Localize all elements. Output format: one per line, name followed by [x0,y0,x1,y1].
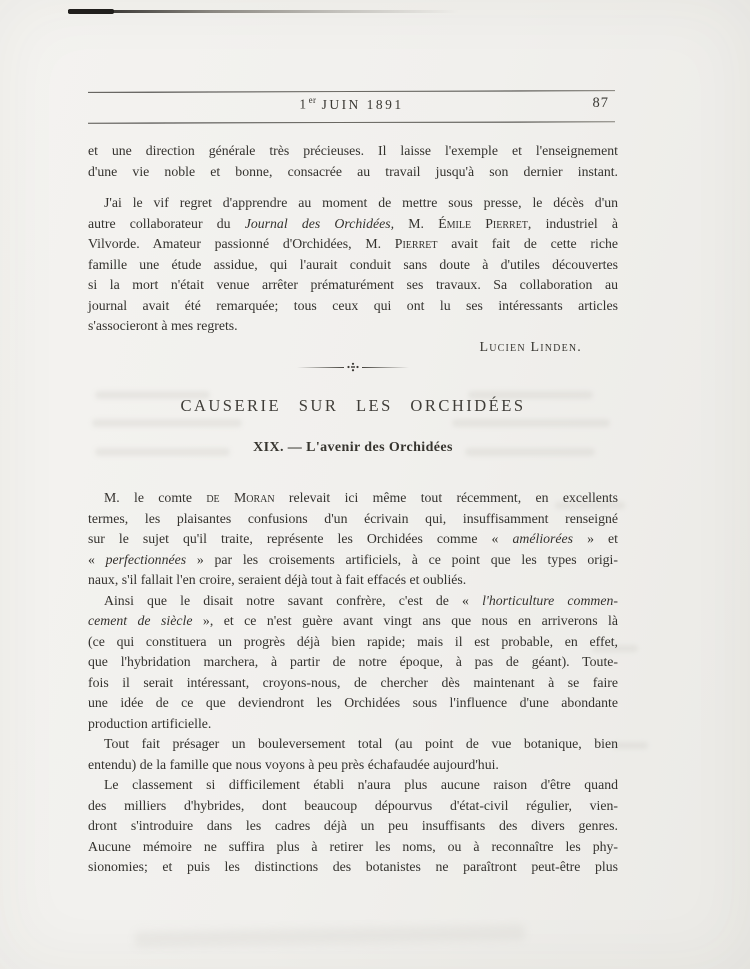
text-line: Aucune mémoire ne suffira plus à retirer… [88,837,618,858]
divider-line-left [297,367,344,368]
paragraph: et une direction générale très précieuse… [88,141,618,182]
text-run: perfectionnées [106,552,186,567]
closing-paragraphs: et une direction générale très précieuse… [88,141,618,337]
text-run: M. le comte [104,490,206,505]
text-line: Le classement si difficilement établi n'… [88,775,618,796]
text-run: Tout fait présager un bouleversement tot… [104,736,618,751]
text-line: Ainsi que le disait notre savant confrèr… [88,591,618,612]
text-run: Vilvorde. Amateur passionné d'Orchidées,… [88,236,395,251]
text-run: et une direction générale très précieuse… [88,143,618,158]
text-line: naux, s'il fallait l'en croire, seraient… [88,570,618,591]
text-run: que l'hybridation marchera, à partir de … [88,654,618,669]
issue-date-ordinal: er [309,95,317,105]
text-line: entendu) de la famille que nous voyons à… [88,755,618,776]
page-header: 1erJUIN 1891 87 [88,95,615,115]
text-run: fois il serait intéressant, croyons-nous… [88,675,618,690]
text-run: des milliers d'hybrides, dont beaucoup d… [88,798,618,813]
text-run: journal avait été remarquée; tous ceux q… [88,298,618,313]
text-line: sur le sujet qu'il traite, représente le… [88,529,618,550]
text-line: une idée de ce que deviendront les Orchi… [88,693,618,714]
text-run: termes, les plaisantes confusions d'un é… [88,511,618,526]
text-line: autre collaborateur du Journal des Orchi… [88,214,618,235]
text-run: J'ai le vif regret d'apprendre au moment… [104,195,618,210]
text-run: , industriel à [528,216,618,231]
text-run: relevait ici même tout récemment, en exc… [275,490,618,505]
text-run: entendu) de la famille que nous voyons à… [88,757,499,772]
text-line: que l'hybridation marchera, à partir de … [88,652,618,673]
text-line: Vilvorde. Amateur passionné d'Orchidées,… [88,234,618,255]
article-title: CAUSERIE SUR LES ORCHIDÉES [88,396,618,417]
text-line: sionomies; et puis les distinctions des … [88,857,618,878]
text-line: production artificielle. [88,714,618,735]
text-run: Journal des Orchidées, [245,216,394,231]
text-line: Tout fait présager un bouleversement tot… [88,734,618,755]
text-run: s'associeront à mes regrets. [88,318,238,333]
text-run: dront s'introduire dans les cadres déjà … [88,818,618,833]
closing-text-block: et une direction générale très précieuse… [88,141,618,372]
issue-date-number: 1 [299,97,308,112]
text-line: termes, les plaisantes confusions d'un é… [88,509,618,530]
scanned-journal-page: 1erJUIN 1891 87 et une direction général… [0,0,750,969]
text-run: améliorées [513,531,574,546]
paragraph: Ainsi que le disait notre savant confrèr… [88,591,618,735]
text-line: famille une étude assidue, qui l'aurait … [88,255,618,276]
text-run: Pierret [395,236,438,251]
paragraph: J'ai le vif regret d'apprendre au moment… [88,193,618,337]
text-line: M. le comte de Moran relevait ici même t… [88,488,618,509]
issue-date: 1erJUIN 1891 [88,95,615,113]
author-signature: Lucien Linden. [88,338,618,359]
text-run: Le classement si difficilement établi n'… [104,777,618,792]
text-run: sionomies; et puis les distinctions des … [88,859,618,874]
text-run: Aucune mémoire ne suffira plus à retirer… [88,839,618,854]
paragraph: Le classement si difficilement établi n'… [88,775,618,878]
text-run: » par les croisements artificiels, à ce … [186,552,618,567]
article-block: CAUSERIE SUR LES ORCHIDÉES XIX. — L'aven… [88,396,618,878]
text-run: Émile Pierret [438,216,528,231]
text-run: », et ce n'est guère avant vingt ans que… [192,613,618,628]
text-run: cement de siècle [88,613,192,628]
text-run: » et [573,531,618,546]
text-run: autre collaborateur du [88,216,245,231]
text-run: de Moran [206,490,274,505]
article-subtitle: XIX. — L'avenir des Orchidées [88,438,618,459]
text-line: d'une vie noble et bonne, consacrée au t… [88,162,618,183]
text-run: (ce qui constituera un progrès déjà bien… [88,634,618,649]
text-line: journal avait été remarquée; tous ceux q… [88,296,618,317]
text-line: s'associeront à mes regrets. [88,316,618,337]
issue-date-month-year: JUIN 1891 [322,97,404,112]
section-divider [297,362,409,372]
paragraph: Tout fait présager un bouleversement tot… [88,734,618,775]
text-line: cement de siècle », et ce n'est guère av… [88,611,618,632]
page-number: 87 [593,95,610,112]
article-paragraphs: M. le comte de Moran relevait ici même t… [88,488,618,878]
text-run: sur le sujet qu'il traite, représente le… [88,531,513,546]
text-line: (ce qui constituera un progrès déjà bien… [88,632,618,653]
scan-smudge [68,10,480,13]
header-rule-top [88,90,615,93]
text-run: d'une vie noble et bonne, consacrée au t… [88,164,618,179]
text-run: Ainsi que le disait notre savant confrèr… [104,593,482,608]
text-line: des milliers d'hybrides, dont beaucoup d… [88,796,618,817]
text-run: production artificielle. [88,716,211,731]
text-line: et une direction générale très précieuse… [88,141,618,162]
text-run: l'horticulture commen- [482,593,618,608]
paragraph: M. le comte de Moran relevait ici même t… [88,488,618,591]
text-line: si la mort n'était venue arrêter prématu… [88,275,618,296]
divider-ornament-icon [346,362,360,372]
scan-artifact [135,925,525,948]
text-run: famille une étude assidue, qui l'aurait … [88,257,618,272]
text-run: « [88,552,106,567]
text-run: naux, s'il fallait l'en croire, seraient… [88,572,466,587]
header-rule-bottom [88,121,615,123]
text-line: J'ai le vif regret d'apprendre au moment… [88,193,618,214]
text-run: M. [394,216,438,231]
text-line: dront s'introduire dans les cadres déjà … [88,816,618,837]
text-line: fois il serait intéressant, croyons-nous… [88,673,618,694]
text-run: si la mort n'était venue arrêter prématu… [88,277,618,292]
text-run: avait fait de cette riche [437,236,618,251]
text-run: une idée de ce que deviendront les Orchi… [88,695,618,710]
divider-line-right [362,367,409,368]
text-line: « perfectionnées » par les croisements a… [88,550,618,571]
